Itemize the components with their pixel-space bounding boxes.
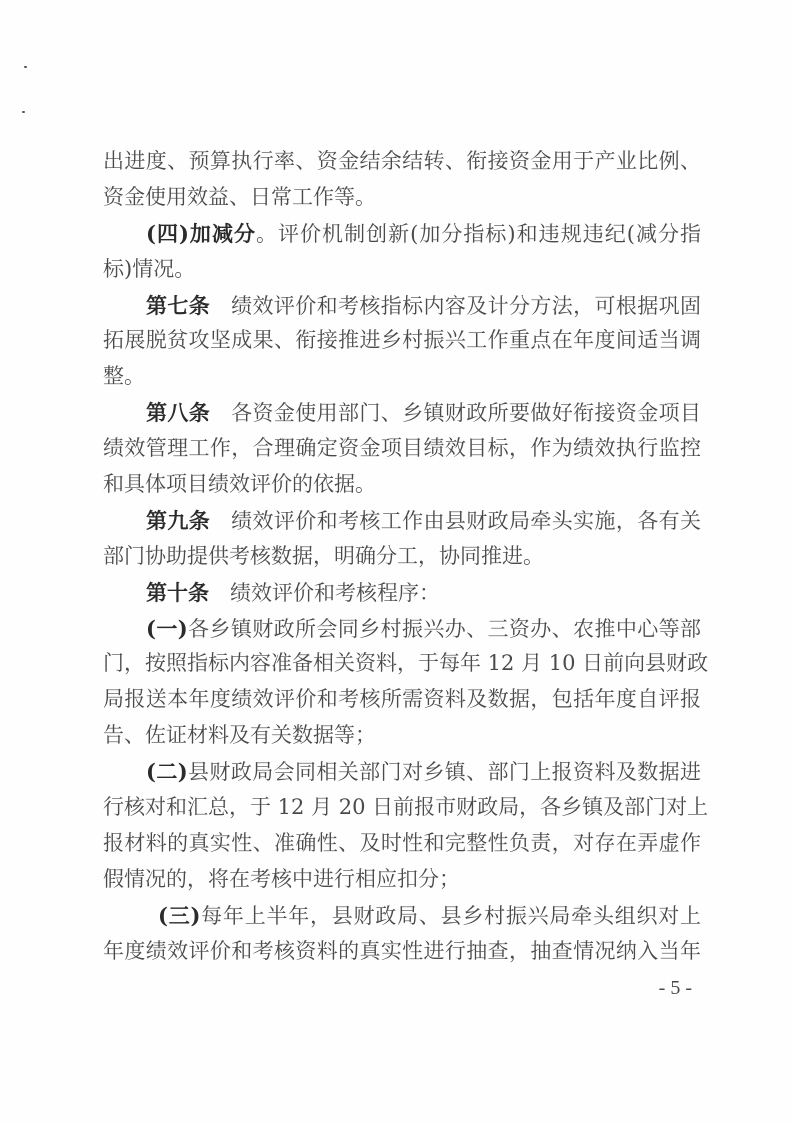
procedure-step-3: (三)每年上半年，县财政局、县乡村振兴局牵头组织对上 年度绩效评价和考核资料的真… — [103, 898, 701, 970]
scan-mark-dot — [22, 111, 25, 113]
text-line: 整。 — [103, 359, 701, 395]
text-line: 第八条各资金使用部门、乡镇财政所要做好衔接资金项目 — [103, 395, 701, 431]
paragraph-bonus-deduction: (四)加减分。评价机制创新(加分指标)和违规违纪(减分指 标)情况。 — [103, 216, 701, 288]
document-body: 出进度、预算执行率、资金结余结转、衔接资金用于产业比例、 资金使用效益、日常工作… — [103, 144, 701, 969]
text-line: 和具体项目绩效评价的依据。 — [103, 467, 701, 503]
page-number: - 5 - — [630, 977, 692, 1000]
text-line: (二)县财政局会同相关部门对乡镇、部门上报资料及数据进 — [103, 754, 701, 790]
step-number: (一) — [146, 616, 188, 641]
text-line: 绩效管理工作，合理确定资金项目绩效目标，作为绩效执行监控 — [103, 431, 701, 467]
paragraph-text: 各资金使用部门、乡镇财政所要做好衔接资金项目 — [231, 401, 701, 425]
text-line: 资金使用效益、日常工作等。 — [103, 180, 701, 216]
paragraph-text: 。评价机制创新(加分指标)和违规违纪(减分指 — [256, 222, 701, 246]
scan-mark-dot — [24, 66, 27, 68]
text-line: 第九条绩效评价和考核工作由县财政局牵头实施，各有关 — [103, 503, 701, 539]
text-line: 标)情况。 — [103, 252, 701, 288]
text-line: (四)加减分。评价机制创新(加分指标)和违规违纪(减分指 — [103, 216, 701, 252]
paragraph-text: 绩效评价和考核指标内容及计分方法，可根据巩固 — [231, 294, 701, 318]
paragraph-text: 县财政局会同相关部门对乡镇、部门上报资料及数据进 — [188, 760, 701, 784]
text-line: 年度绩效评价和考核资料的真实性进行抽查，抽查情况纳入当年 — [103, 934, 701, 970]
text-line: (三)每年上半年，县财政局、县乡村振兴局牵头组织对上 — [103, 898, 701, 934]
article-8: 第八条各资金使用部门、乡镇财政所要做好衔接资金项目 绩效管理工作，合理确定资金项… — [103, 395, 701, 503]
step-number: (三) — [158, 903, 200, 928]
article-7: 第七条绩效评价和考核指标内容及计分方法，可根据巩固 拓展脱贫攻坚成果、衔接推进乡… — [103, 288, 701, 396]
text-line: (一)各乡镇财政所会同乡村振兴办、三资办、农推中心等部 — [103, 611, 701, 647]
text-line: 报材料的真实性、准确性、及时性和完整性负责，对存在弄虚作 — [103, 826, 701, 862]
text-line: 告、佐证材料及有关数据等； — [103, 718, 701, 754]
procedure-step-1: (一)各乡镇财政所会同乡村振兴办、三资办、农推中心等部 门，按照指标内容准备相关… — [103, 611, 701, 755]
paragraph-text: 各乡镇财政所会同乡村振兴办、三资办、农推中心等部 — [188, 617, 701, 641]
article-10: 第十条绩效评价和考核程序： — [103, 575, 701, 611]
text-line: 局报送本年度绩效评价和考核所需资料及数据，包括年度自评报 — [103, 682, 701, 718]
article-heading: 第八条 — [146, 400, 210, 425]
text-line: 行核对和汇总，于 12 月 20 日前报市财政局，各乡镇及部门对上 — [103, 790, 701, 826]
text-line: 部门协助提供考核数据，明确分工，协同推进。 — [103, 539, 701, 575]
article-heading: 第十条 — [146, 580, 209, 605]
paragraph-text: 绩效评价和考核程序： — [230, 581, 440, 605]
paragraph-text: 每年上半年，县财政局、县乡村振兴局牵头组织对上 — [200, 904, 701, 928]
text-line: 第十条绩效评价和考核程序： — [103, 575, 701, 611]
text-line: 出进度、预算执行率、资金结余结转、衔接资金用于产业比例、 — [103, 144, 701, 180]
text-line: 拓展脱贫攻坚成果、衔接推进乡村振兴工作重点在年度间适当调 — [103, 323, 701, 359]
article-9: 第九条绩效评价和考核工作由县财政局牵头实施，各有关 部门协助提供考核数据，明确分… — [103, 503, 701, 575]
text-line: 假情况的，将在考核中进行相应扣分； — [103, 862, 701, 898]
article-heading: 第九条 — [146, 508, 210, 533]
document-page: 出进度、预算执行率、资金结余结转、衔接资金用于产业比例、 资金使用效益、日常工作… — [0, 0, 793, 1122]
procedure-step-2: (二)县财政局会同相关部门对乡镇、部门上报资料及数据进 行核对和汇总，于 12 … — [103, 754, 701, 898]
step-number: (二) — [146, 759, 188, 784]
text-line: 第七条绩效评价和考核指标内容及计分方法，可根据巩固 — [103, 288, 701, 324]
section-heading: (四)加减分 — [146, 221, 256, 246]
text-line: 门，按照指标内容准备相关资料，于每年 12 月 10 日前向县财政 — [103, 646, 701, 682]
article-heading: 第七条 — [146, 293, 210, 318]
paragraph-text: 绩效评价和考核工作由县财政局牵头实施，各有关 — [231, 509, 701, 533]
paragraph-continuation: 出进度、预算执行率、资金结余结转、衔接资金用于产业比例、 资金使用效益、日常工作… — [103, 144, 701, 216]
